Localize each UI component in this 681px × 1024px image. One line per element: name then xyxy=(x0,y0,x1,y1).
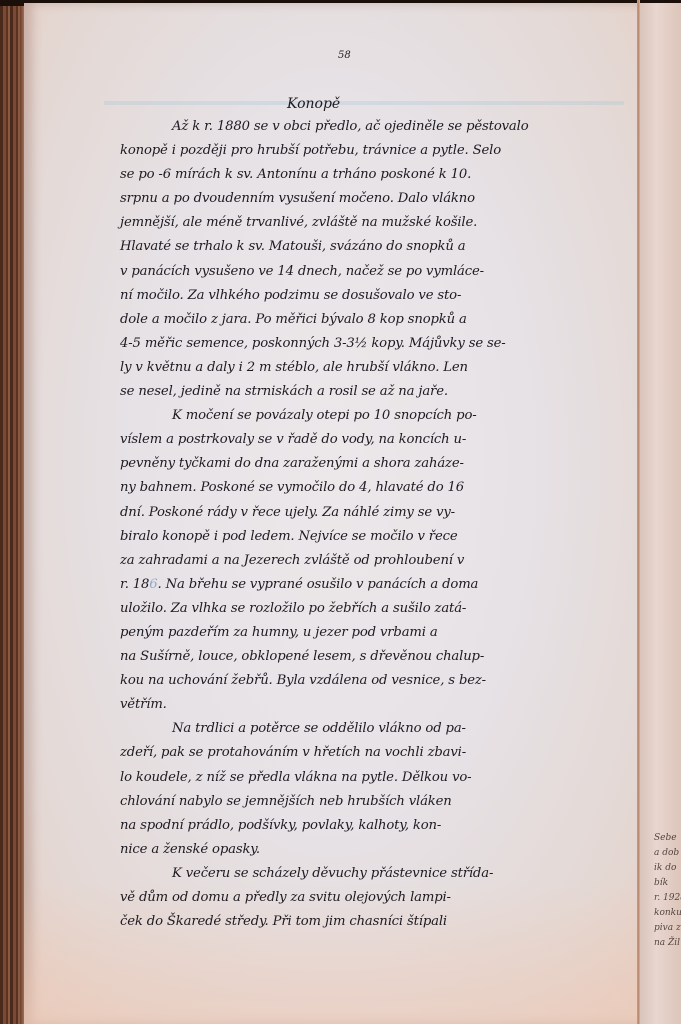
line-text-rest: . Na břehu se vyprané osušilo v panácích… xyxy=(158,577,479,592)
manuscript-line: Hlavaté se trhalo k sv. Matouši, svázáno… xyxy=(120,235,615,259)
line-text: r. 18 xyxy=(120,577,149,592)
manuscript-line: na Sušírně, louce, obklopené lesem, s dř… xyxy=(120,645,615,669)
next-page-fragment: r. 1928 xyxy=(654,893,681,903)
line-text: uložilo. Za vlhka se rozložilo po žebříc… xyxy=(120,601,466,616)
manuscript-line: ly v květnu a daly i 2 m stéblo, ale hru… xyxy=(120,356,615,380)
line-text: dole a močilo z jara. Po měřici bývalo 8… xyxy=(120,312,467,327)
manuscript-line: kou na uchování žebřů. Byla vzdálena od … xyxy=(120,669,615,693)
line-text: za zahradami a na Jezerech zvláště od pr… xyxy=(120,553,464,568)
line-text: vě dům od domu a předly za svitu olejový… xyxy=(120,890,451,905)
next-page-fragment: ik do xyxy=(654,863,676,873)
manuscript-line: víslem a postrkovaly se v řadě do vody, … xyxy=(120,428,615,452)
line-text: peným pazdeřím za humny, u jezer pod vrb… xyxy=(120,625,438,640)
manuscript-line: zdeří, pak se protahováním v hřetích na … xyxy=(120,741,615,765)
line-text: lo koudele, z níž se předla vlákna na py… xyxy=(120,770,471,785)
line-text: se nesel, jedině na strniskách a rosil s… xyxy=(120,384,448,399)
manuscript-line: konopě i později pro hrubší potřebu, trá… xyxy=(120,139,615,163)
next-page-fragment: a dob xyxy=(654,848,679,858)
faded-pencil-digit: 6 xyxy=(149,577,157,592)
manuscript-line: se po -6 mírách k sv. Antonínu a trháno … xyxy=(120,163,615,187)
line-text: nice a ženské opasky. xyxy=(120,842,260,857)
next-page-strip: Sebea dobik dobíkr. 1928konkupiva zana Ž… xyxy=(640,3,681,1024)
manuscript-line: Až k r. 1880 se v obci předlo, ač ojedin… xyxy=(120,115,615,139)
line-text: K močení se povázaly otepi po 10 snopcíc… xyxy=(172,408,477,423)
manuscript-line: větřím. xyxy=(120,693,615,717)
manuscript-line: 4-5 měřic semence, poskonných 3-3½ kopy.… xyxy=(120,332,615,356)
manuscript-line: K večeru se scházely děvuchy přástevnice… xyxy=(120,862,615,886)
line-text: chlování nabylo se jemnějších neb hrubší… xyxy=(120,794,452,809)
next-page-fragment: piva za xyxy=(654,923,681,933)
line-text: Hlavaté se trhalo k sv. Matouši, svázáno… xyxy=(120,239,465,254)
line-text: větřím. xyxy=(120,697,167,712)
line-text: na spodní prádlo, podšívky, povlaky, kal… xyxy=(120,818,441,833)
manuscript-line: v panácích vysušeno ve 14 dnech, načež s… xyxy=(120,260,615,284)
line-text: konopě i později pro hrubší potřebu, trá… xyxy=(120,143,501,158)
manuscript-line: lo koudele, z níž se předla vlákna na py… xyxy=(120,766,615,790)
manuscript-line: K močení se povázaly otepi po 10 snopcíc… xyxy=(120,404,615,428)
manuscript-line: Na trdlici a potěrce se oddělilo vlákno … xyxy=(120,717,615,741)
manuscript-line: srpnu a po dvoudenním vysušení močeno. D… xyxy=(120,187,615,211)
book-page-edges xyxy=(0,0,26,1024)
page-number: 58 xyxy=(338,50,351,61)
manuscript-line: se nesel, jedině na strniskách a rosil s… xyxy=(120,380,615,404)
manuscript-line: nice a ženské opasky. xyxy=(120,838,615,862)
line-text: kou na uchování žebřů. Byla vzdálena od … xyxy=(120,673,486,688)
manuscript-line: jemnější, ale méně trvanlivé, zvláště na… xyxy=(120,211,615,235)
line-text: ní močilo. Za vlhkého podzimu se dosušov… xyxy=(120,288,461,303)
manuscript-line: uložilo. Za vlhka se rozložilo po žebříc… xyxy=(120,597,615,621)
manuscript-line: pevněny tyčkami do dna zaraženými a shor… xyxy=(120,452,615,476)
next-page-fragment: konku xyxy=(654,908,681,918)
next-page-fragment: Sebe xyxy=(654,833,677,843)
manuscript-line: ny bahnem. Poskoné se vymočilo do 4, hla… xyxy=(120,476,615,500)
manuscript-line: ček do Škaredé středy. Při tom jim chasn… xyxy=(120,910,615,934)
manuscript-line: ní močilo. Za vlhkého podzimu se dosušov… xyxy=(120,284,615,308)
line-text: 4-5 měřic semence, poskonných 3-3½ kopy.… xyxy=(120,336,506,351)
line-text: dní. Poskoné rády v řece ujely. Za náhlé… xyxy=(120,505,455,520)
manuscript-line: vě dům od domu a předly za svitu olejový… xyxy=(120,886,615,910)
next-page-fragment: na Žil xyxy=(654,938,680,948)
line-text: ček do Škaredé středy. Při tom jim chasn… xyxy=(120,914,447,929)
handwritten-body: Až k r. 1880 se v obci předlo, ač ojedin… xyxy=(120,115,615,934)
book-photo: 58 Konopě Až k r. 1880 se v obci předlo,… xyxy=(0,0,681,1024)
line-text: pevněny tyčkami do dna zaraženými a shor… xyxy=(120,456,464,471)
manuscript-line: dní. Poskoné rády v řece ujely. Za náhlé… xyxy=(120,501,615,525)
manuscript-line: r. 186. Na břehu se vyprané osušilo v pa… xyxy=(120,573,615,597)
manuscript-line: za zahradami a na Jezerech zvláště od pr… xyxy=(120,549,615,573)
line-text: Na trdlici a potěrce se oddělilo vlákno … xyxy=(172,721,466,736)
manuscript-line: na spodní prádlo, podšívky, povlaky, kal… xyxy=(120,814,615,838)
line-text: se po -6 mírách k sv. Antonínu a trháno … xyxy=(120,167,471,182)
manuscript-line: dole a močilo z jara. Po měřici bývalo 8… xyxy=(120,308,615,332)
line-text: ny bahnem. Poskoné se vymočilo do 4, hla… xyxy=(120,480,464,495)
line-text: Až k r. 1880 se v obci předlo, ač ojedin… xyxy=(172,119,528,134)
manuscript-line: peným pazdeřím za humny, u jezer pod vrb… xyxy=(120,621,615,645)
page-title: Konopě xyxy=(287,96,340,112)
line-text: v panácích vysušeno ve 14 dnech, načež s… xyxy=(120,264,484,279)
line-text: srpnu a po dvoudenním vysušení močeno. D… xyxy=(120,191,475,206)
line-text: víslem a postrkovaly se v řadě do vody, … xyxy=(120,432,466,447)
next-page-fragment: bík xyxy=(654,878,668,888)
manuscript-line: chlování nabylo se jemnějších neb hrubší… xyxy=(120,790,615,814)
line-text: jemnější, ale méně trvanlivé, zvláště na… xyxy=(120,215,477,230)
line-text: na Sušírně, louce, obklopené lesem, s dř… xyxy=(120,649,484,664)
line-text: ly v květnu a daly i 2 m stéblo, ale hru… xyxy=(120,360,468,375)
manuscript-line: biralo konopě i pod ledem. Nejvíce se mo… xyxy=(120,525,615,549)
line-text: zdeří, pak se protahováním v hřetích na … xyxy=(120,745,466,760)
line-text: K večeru se scházely děvuchy přástevnice… xyxy=(172,866,493,881)
line-text: biralo konopě i pod ledem. Nejvíce se mo… xyxy=(120,529,458,544)
